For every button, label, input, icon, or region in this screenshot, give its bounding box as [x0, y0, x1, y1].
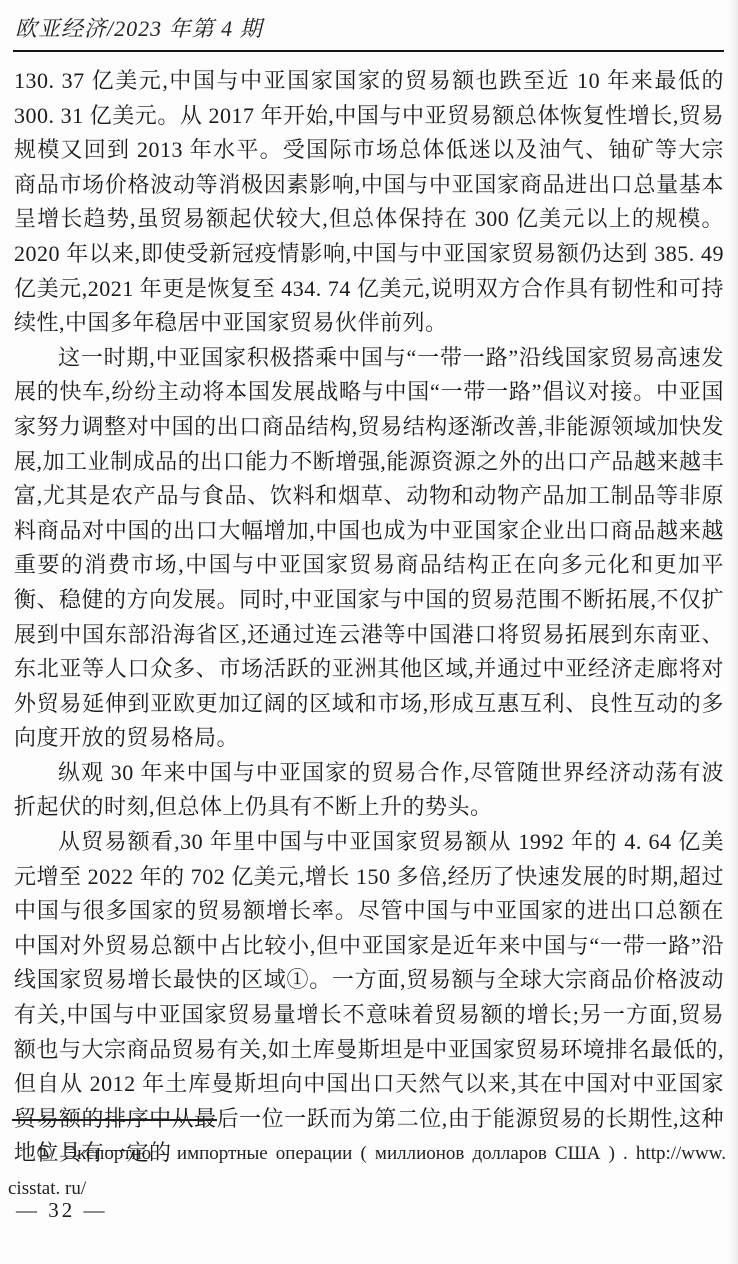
article-body: 130. 37 亿美元,中国与中亚国家国家的贸易额也跌至近 10 年来最低的 3…: [14, 64, 724, 1171]
body-paragraph-2: 这一时期,中亚国家积极搭乘中国与“一带一路”沿线国家贸易高速发展的快车,纷纷主动…: [14, 341, 724, 756]
body-paragraph-3: 纵观 30 年来中国与中亚国家的贸易合作,尽管随世界经济动荡有波折起伏的时刻,但…: [14, 756, 724, 825]
scan-edge-shadow: [728, 0, 738, 1264]
body-paragraph-1: 130. 37 亿美元,中国与中亚国家国家的贸易额也跌至近 10 年来最低的 3…: [14, 64, 724, 341]
footnote-text: ① Экспортно – импортные операции ( милли…: [8, 1136, 726, 1206]
journal-page: 欧亚经济/2023 年第 4 期 130. 37 亿美元,中国与中亚国家国家的贸…: [0, 0, 738, 1264]
footnote-separator-rule: [12, 1119, 217, 1121]
page-number: — 32 —: [16, 1198, 108, 1223]
header-rule: [13, 50, 724, 52]
footnote-block: ① Экспортно – импортные операции ( милли…: [8, 1136, 726, 1206]
running-head: 欧亚经济/2023 年第 4 期: [15, 12, 725, 43]
